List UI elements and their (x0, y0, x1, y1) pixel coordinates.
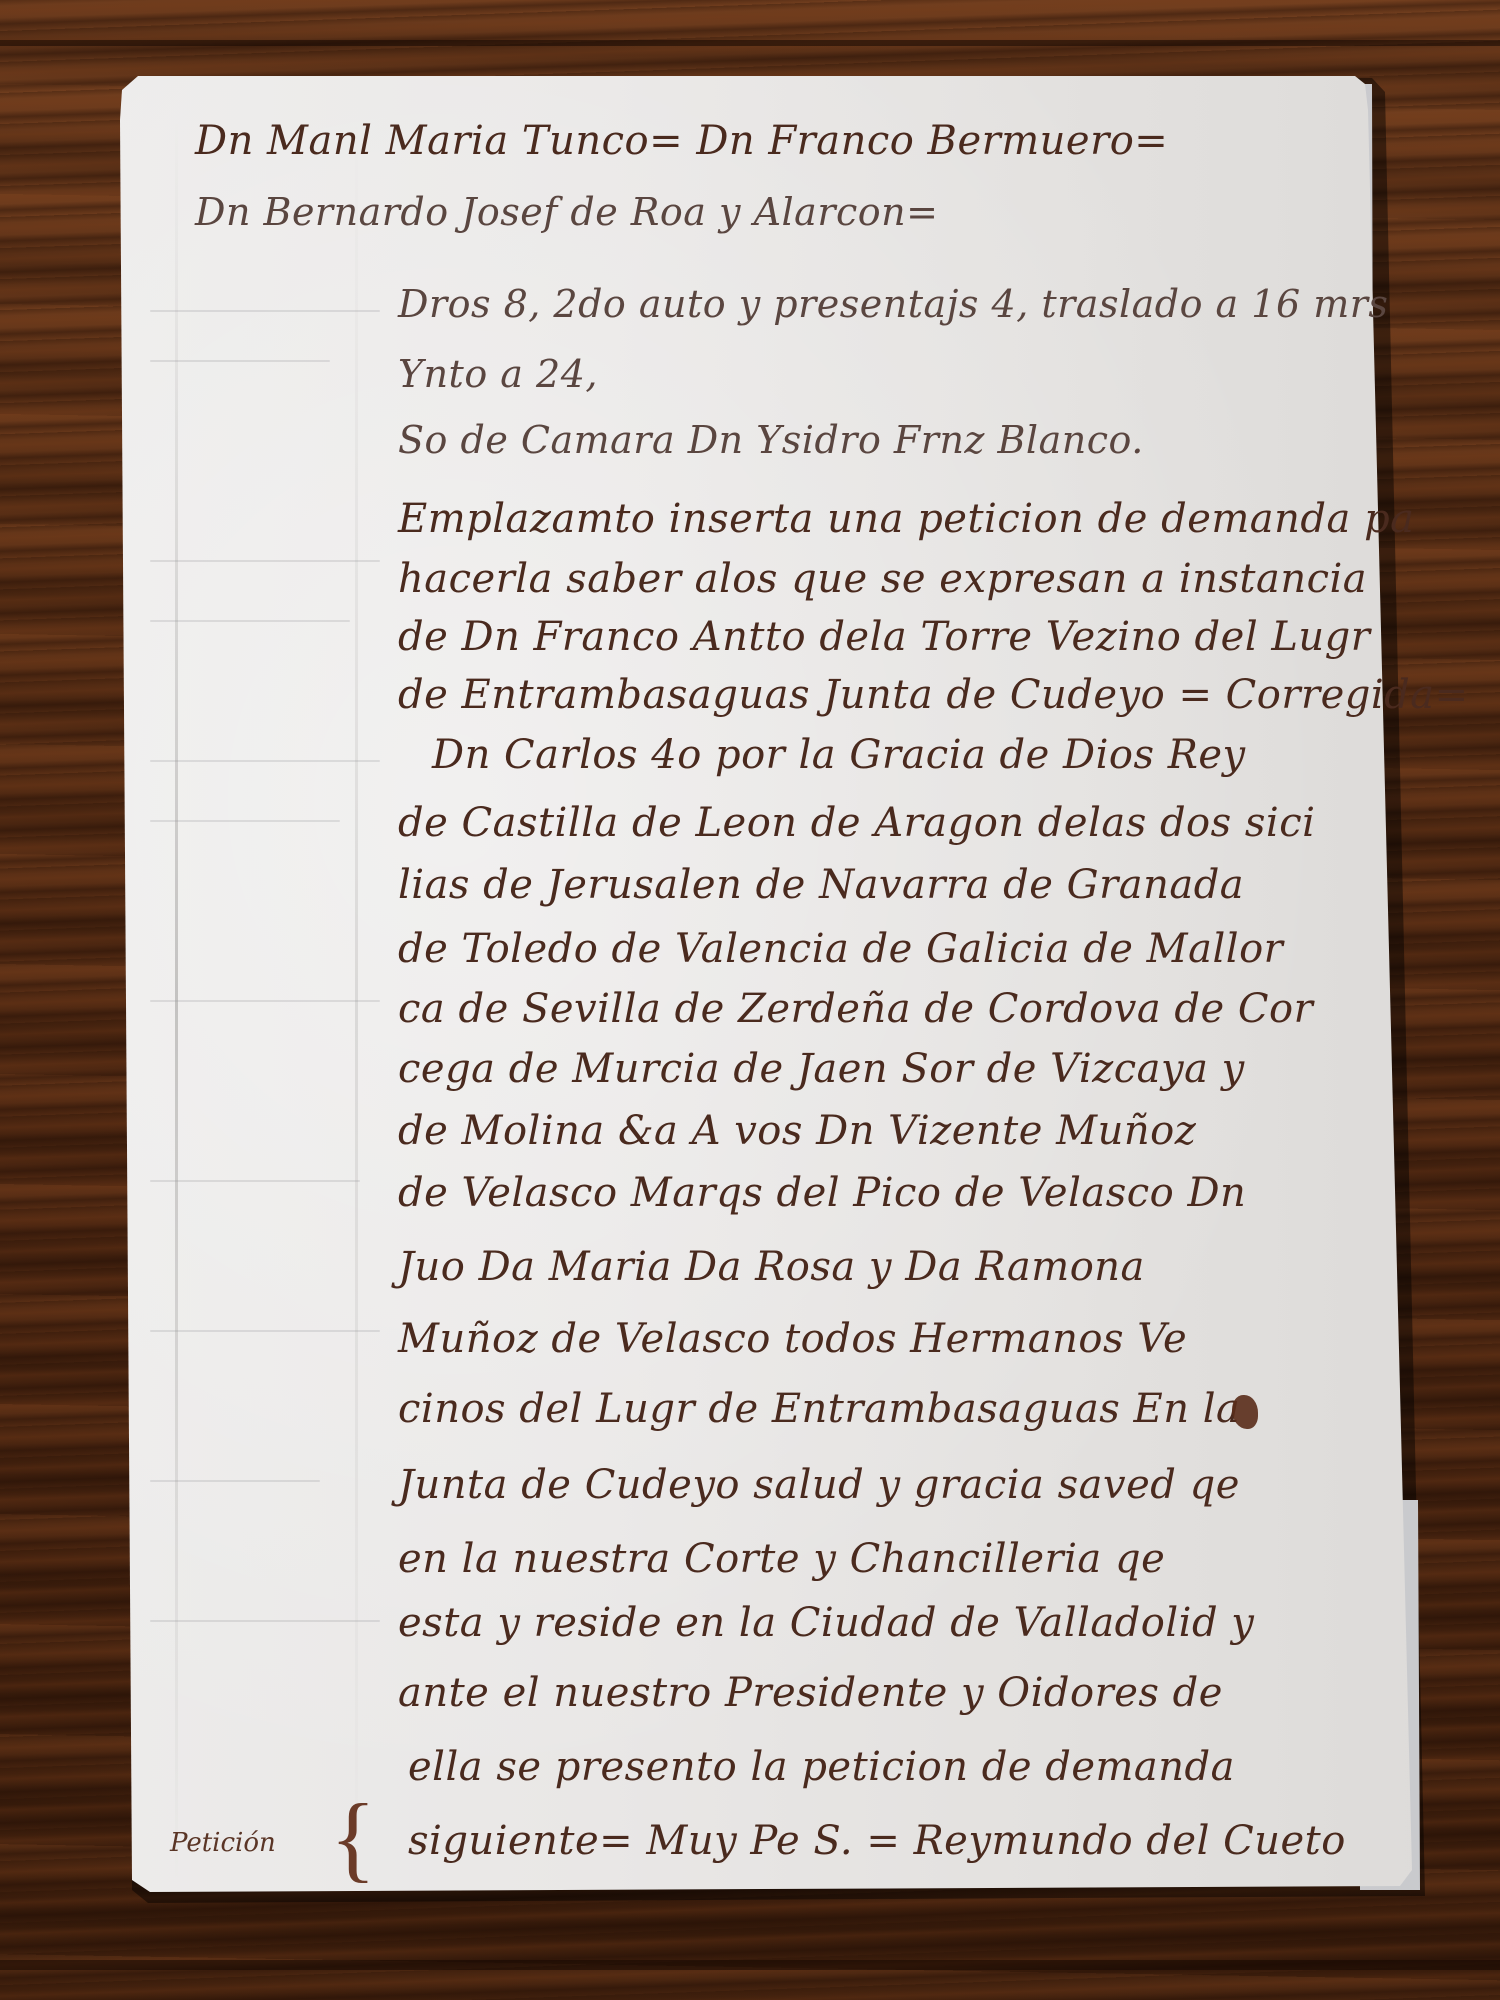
manuscript-line: So de Camara Dn Ysidro Frnz Blanco. (398, 418, 1144, 462)
manuscript-text: Dn Manl Maria Tunco= Dn Franco Bermuero=… (0, 0, 1500, 2000)
manuscript-line: de Velasco Marqs del Pico de Velasco Dn (398, 1170, 1246, 1216)
manuscript-line: ante el nuestro Presidente y Oidores de (398, 1670, 1223, 1716)
manuscript-line: hacerla saber alos que se expresan a ins… (398, 556, 1367, 602)
manuscript-line: ella se presento la peticion de demanda (408, 1744, 1235, 1790)
manuscript-line: en la nuestra Corte y Chancilleria qe (398, 1536, 1165, 1582)
manuscript-line: Muñoz de Velasco todos Hermanos Ve (398, 1316, 1187, 1362)
manuscript-line: ca de Sevilla de Zerdeña de Cordova de C… (398, 986, 1313, 1032)
manuscript-line: de Dn Franco Antto dela Torre Vezino del… (398, 614, 1370, 660)
margin-brace: { (330, 1790, 376, 1886)
manuscript-line: cega de Murcia de Jaen Sor de Vizcaya y (398, 1046, 1245, 1092)
margin-note: Petición (170, 1828, 276, 1858)
manuscript-line: Ynto a 24, (398, 352, 598, 396)
manuscript-line: Dn Manl Maria Tunco= Dn Franco Bermuero= (195, 118, 1168, 164)
manuscript-line: Emplazamto inserta una peticion de deman… (398, 496, 1415, 542)
manuscript-line: Dn Carlos 4o por la Gracia de Dios Rey (432, 732, 1246, 778)
manuscript-line: esta y reside en la Ciudad de Valladolid… (398, 1600, 1254, 1646)
manuscript-line: de Entrambasaguas Junta de Cudeyo = Corr… (398, 672, 1469, 718)
manuscript-line: lias de Jerusalen de Navarra de Granada (398, 862, 1244, 908)
manuscript-line: Juo Da Maria Da Rosa y Da Ramona (398, 1244, 1145, 1290)
manuscript-line: cinos del Lugr de Entrambasaguas En la (398, 1386, 1240, 1432)
manuscript-line: de Toledo de Valencia de Galicia de Mall… (398, 926, 1283, 972)
manuscript-line: de Molina &a A vos Dn Vizente Muñoz (398, 1108, 1196, 1154)
manuscript-line: de Castilla de Leon de Aragon delas dos … (398, 800, 1315, 846)
ink-blot (1232, 1395, 1258, 1429)
manuscript-line: Dn Bernardo Josef de Roa y Alarcon= (195, 190, 938, 234)
manuscript-line: Dros 8, 2do auto y presentajs 4, traslad… (398, 282, 1388, 326)
manuscript-line: Junta de Cudeyo salud y gracia saved qe (398, 1462, 1240, 1508)
manuscript-line: siguiente= Muy Pe S. = Reymundo del Cuet… (408, 1818, 1346, 1864)
